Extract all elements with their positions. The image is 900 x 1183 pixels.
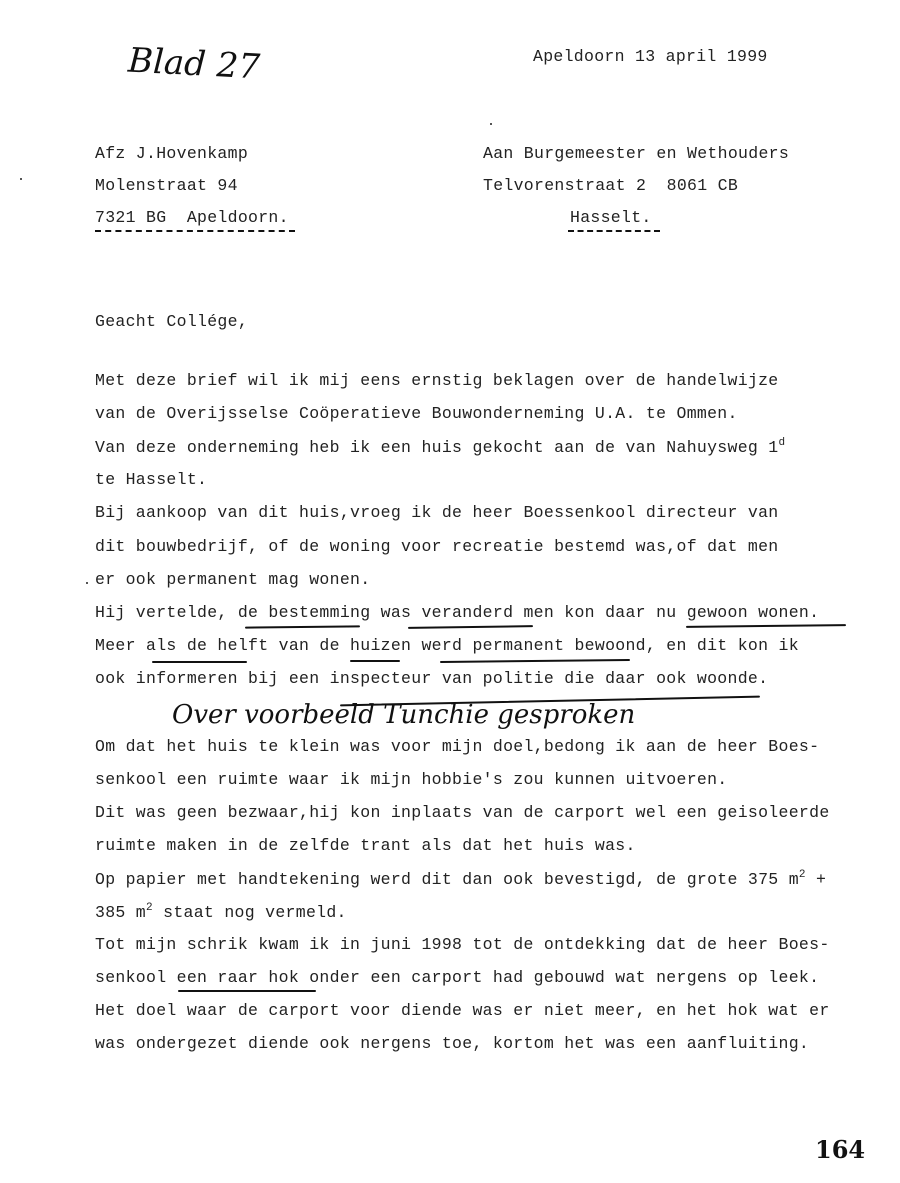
body-line: Met deze brief wil ik mij eens ernstig b… xyxy=(95,371,779,390)
date-line: Apeldoorn 13 april 1999 xyxy=(533,47,768,66)
body-line: Van deze onderneming heb ik een huis gek… xyxy=(95,437,785,457)
pen-underline xyxy=(408,625,533,629)
pen-underline xyxy=(245,625,360,628)
sender-city-underline xyxy=(95,230,295,232)
sender-city: 7321 BG Apeldoorn. xyxy=(95,208,289,227)
address-superscript: d xyxy=(779,437,786,449)
recipient-city-underline xyxy=(568,230,660,232)
pen-underline xyxy=(440,659,630,663)
body-line: senkool een raar hok onder een carport h… xyxy=(95,968,819,987)
body-line: Hij vertelde, de bestemming was verander… xyxy=(95,603,819,622)
body-line: 385 m2 staat nog vermeld. xyxy=(95,902,347,922)
pen-underline xyxy=(178,990,316,992)
pen-underline xyxy=(686,624,846,628)
body-line: ook informeren bij een inspecteur van po… xyxy=(95,669,768,688)
body-line-text: 385 m xyxy=(95,903,146,922)
body-line: ruimte maken in de zelfde trant als dat … xyxy=(95,836,636,855)
scan-speck xyxy=(86,582,88,584)
recipient-street: Telvorenstraat 2 8061 CB xyxy=(483,176,738,195)
body-line-text: Op papier met handtekening werd dit dan … xyxy=(95,870,799,889)
salutation: Geacht Collége, xyxy=(95,312,248,331)
pen-underline xyxy=(152,661,247,663)
squared-superscript: 2 xyxy=(799,869,806,881)
body-line: Het doel waar de carport voor diende was… xyxy=(95,1001,830,1020)
sender-street: Molenstraat 94 xyxy=(95,176,238,195)
pen-underline xyxy=(350,660,400,662)
body-line-text: + xyxy=(806,870,826,889)
body-line: Tot mijn schrik kwam ik in juni 1998 tot… xyxy=(95,935,830,954)
body-line: dit bouwbedrijf, of de woning voor recre… xyxy=(95,537,779,556)
recipient-name: Aan Burgemeester en Wethouders xyxy=(483,144,789,163)
body-line: er ook permanent mag wonen. xyxy=(95,570,370,589)
scan-speck xyxy=(490,123,492,125)
sender-name: Afz J.Hovenkamp xyxy=(95,144,248,163)
scan-speck xyxy=(20,178,22,180)
body-line-text: staat nog vermeld. xyxy=(153,903,347,922)
body-line: Op papier met handtekening werd dit dan … xyxy=(95,869,826,889)
recipient-city: Hasselt. xyxy=(570,208,652,227)
body-line: Meer als de helft van de huizen werd per… xyxy=(95,636,799,655)
body-line: Om dat het huis te klein was voor mijn d… xyxy=(95,737,819,756)
body-line: Bij aankoop van dit huis,vroeg ik de hee… xyxy=(95,503,779,522)
squared-superscript: 2 xyxy=(146,902,153,914)
body-line: Dit was geen bezwaar,hij kon inplaats va… xyxy=(95,803,830,822)
body-line-text: Van deze onderneming heb ik een huis gek… xyxy=(95,438,779,457)
handwritten-sheet-label: Blad 27 xyxy=(127,41,261,88)
body-line: senkool een ruimte waar ik mijn hobbie's… xyxy=(95,770,728,789)
body-line: van de Overijsselse Coöperatieve Bouwond… xyxy=(95,404,738,423)
body-line: te Hasselt. xyxy=(95,470,207,489)
body-line: was ondergezet diende ook nergens toe, k… xyxy=(95,1034,809,1053)
handwritten-page-number: 164 xyxy=(815,1135,865,1164)
handwritten-annotation: Over voorbeeld Tunchie gesproken xyxy=(172,700,635,730)
